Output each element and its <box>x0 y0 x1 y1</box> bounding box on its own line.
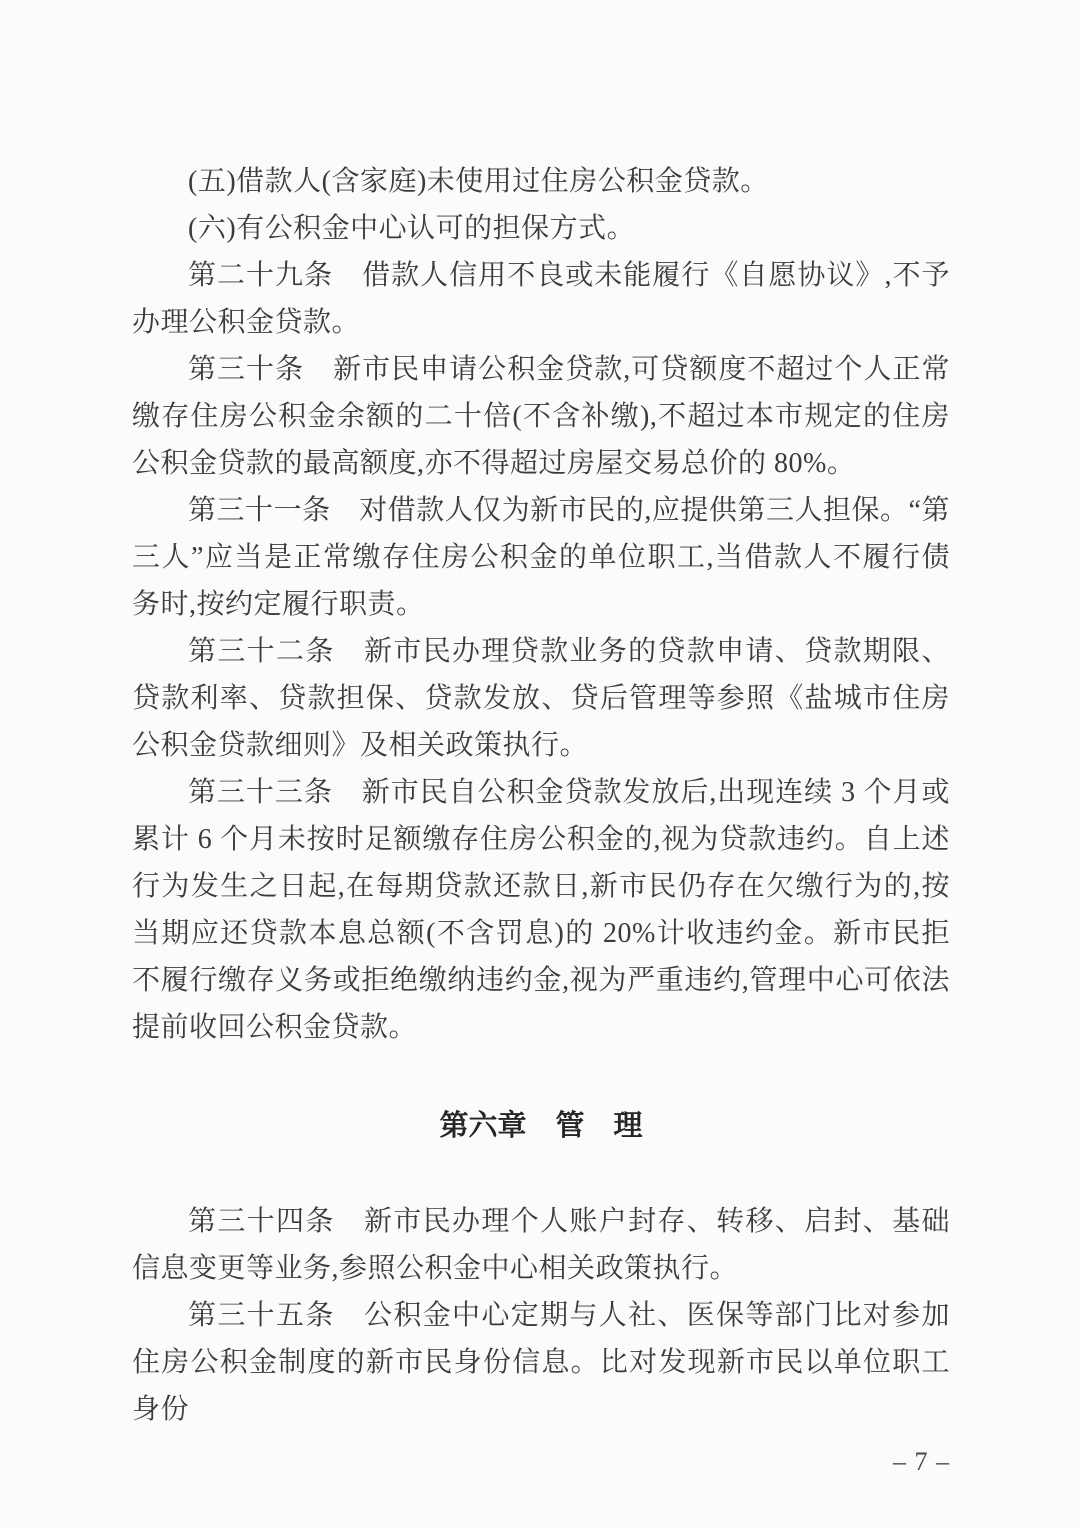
page-number: – 7 – <box>132 1447 950 1477</box>
clause-item-five: (五)借款人(含家庭)未使用过住房公积金贷款。 <box>132 158 950 205</box>
clause-item-six: (六)有公积金中心认可的担保方式。 <box>132 205 950 252</box>
article-32-paragraph: 第三十二条 新市民办理贷款业务的贷款申请、贷款期限、贷款利率、贷款担保、贷款发放… <box>132 628 950 769</box>
article-33-paragraph: 第三十三条 新市民自公积金贷款发放后,出现连续 3 个月或累计 6 个月未按时足… <box>132 769 950 1051</box>
chapter-six-heading: 第六章 管 理 <box>132 1102 950 1150</box>
document-page: (五)借款人(含家庭)未使用过住房公积金贷款。 (六)有公积金中心认可的担保方式… <box>0 0 1080 1528</box>
document-text-column: (五)借款人(含家庭)未使用过住房公积金贷款。 (六)有公积金中心认可的担保方式… <box>132 158 950 1477</box>
article-35-paragraph: 第三十五条 公积金中心定期与人社、医保等部门比对参加住房公积金制度的新市民身份信… <box>132 1292 950 1433</box>
article-34-paragraph: 第三十四条 新市民办理个人账户封存、转移、启封、基础信息变更等业务,参照公积金中… <box>132 1198 950 1292</box>
article-31-paragraph: 第三十一条 对借款人仅为新市民的,应提供第三人担保。“第三人”应当是正常缴存住房… <box>132 487 950 628</box>
article-30-paragraph: 第三十条 新市民申请公积金贷款,可贷额度不超过个人正常缴存住房公积金余额的二十倍… <box>132 346 950 487</box>
article-29-paragraph: 第二十九条 借款人信用不良或未能履行《自愿协议》,不予办理公积金贷款。 <box>132 252 950 346</box>
